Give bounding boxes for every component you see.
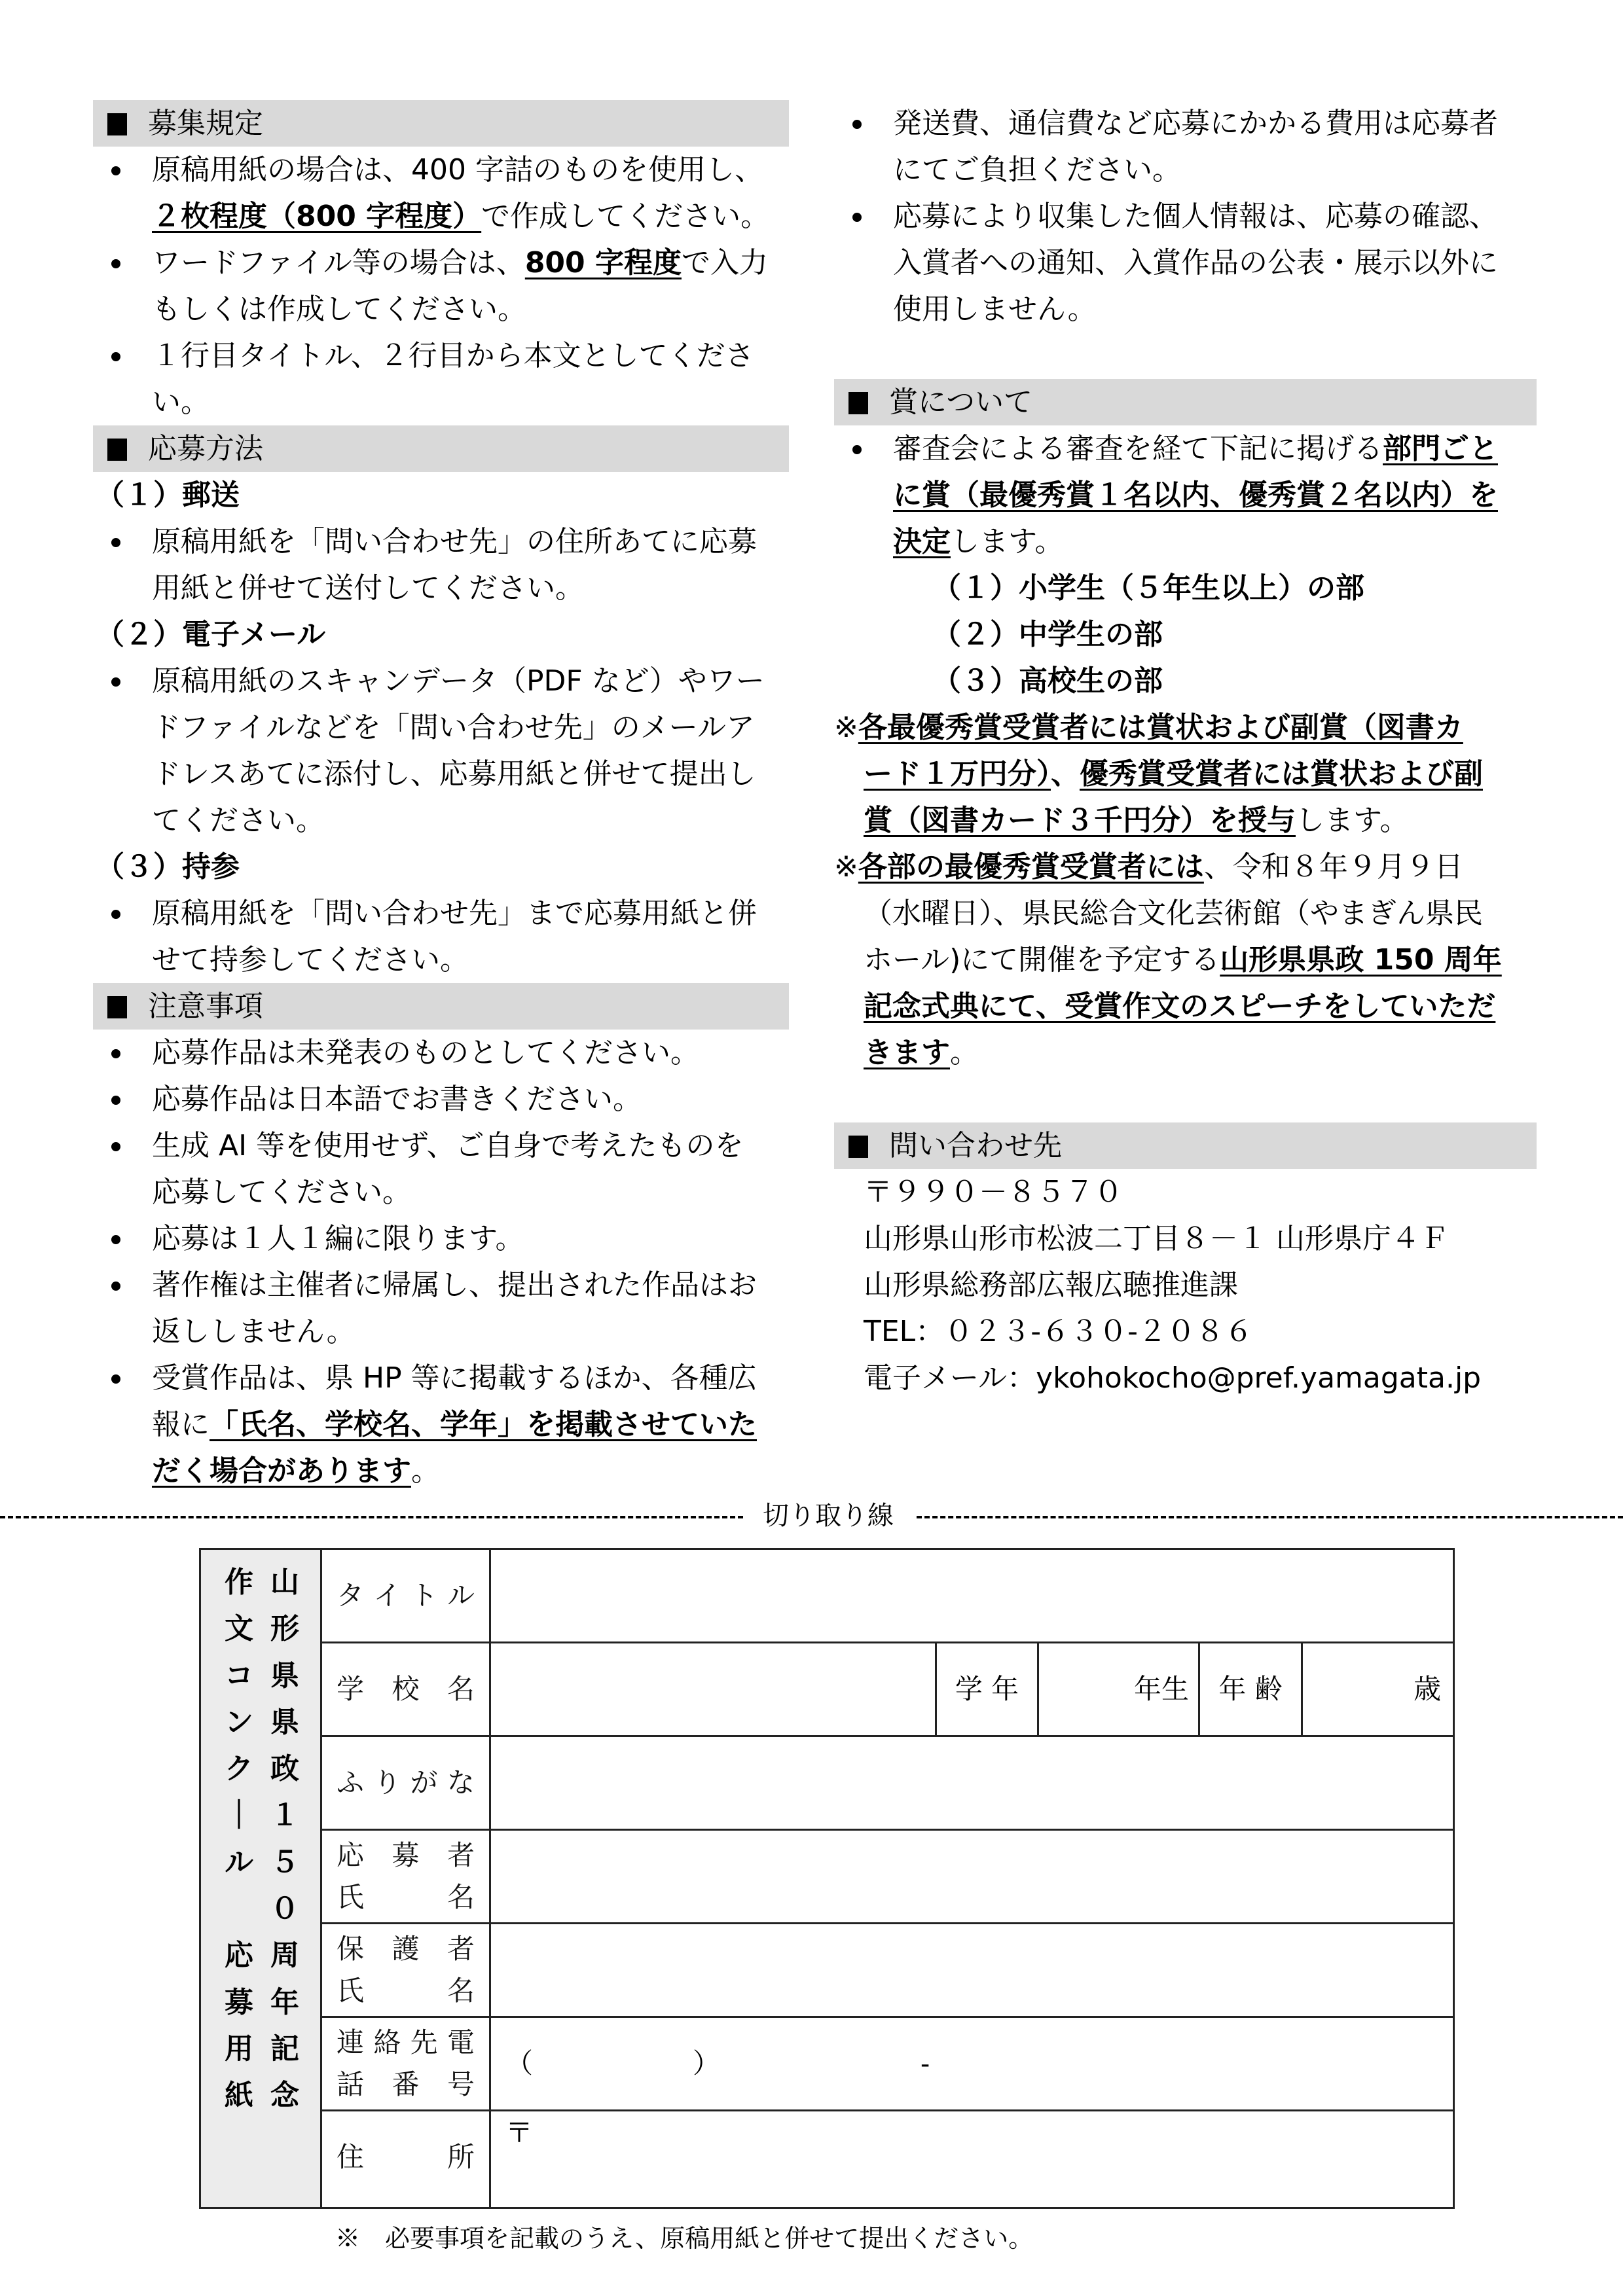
list-item: 著作権は主催者に帰属し、提出された作品はお — [93, 1262, 789, 1308]
guardian-name-field[interactable] — [491, 1924, 1453, 2016]
form-label-applicant: 応募者 氏名 — [322, 1831, 491, 1922]
award-note-2-cont: きます。 — [834, 1030, 1537, 1076]
form-row-phone: 連絡先電 話番号 （ ） - — [322, 2018, 1453, 2111]
form-row-title: タイトル — [322, 1550, 1453, 1643]
list-item-cont: てください。 — [93, 797, 789, 844]
award-note-1-cont: ード１万円分）、優秀賞受賞者には賞状および副 — [834, 751, 1537, 797]
list-item: 発送費、通信費など応募にかかる費用は応募者 — [834, 100, 1537, 147]
list-item: 審査会による審査を経て下記に掲げる部門ごと — [834, 425, 1537, 472]
list-item-cont: 返ししません。 — [93, 1308, 789, 1355]
contact-postal: 〒９９０－８５７０ — [834, 1169, 1537, 1215]
application-form: 作文コンク｜ル応募用紙 山形県県政１５０周年記念 タイトル 学校名 学 年 年生… — [199, 1548, 1455, 2209]
cut-line-dash-right — [917, 1516, 1623, 1518]
form-label-furigana: ふりがな — [322, 1737, 491, 1829]
form-label-title: タイトル — [322, 1550, 491, 1641]
square-bullet-icon — [848, 392, 868, 414]
list-item-cont: ドファイルなどを「問い合わせ先」のメールア — [93, 704, 789, 751]
division-elementary: （１）小学生（５年生以上）の部 — [834, 565, 1537, 611]
list-item-cont: い。 — [93, 379, 789, 425]
list-item: 応募作品は日本語でお書きください。 — [93, 1076, 789, 1122]
award-note-1: ※各最優秀賞受賞者には賞状および副賞（図書カ — [834, 704, 1537, 751]
address-field[interactable]: 〒 — [491, 2111, 1453, 2207]
form-label-address: 住所 — [322, 2111, 491, 2207]
award-note-2-cont: ホール)にて開催を予定する山形県県政 150 周年 — [834, 937, 1537, 983]
form-footnote: ※ 必要事項を記載のうえ、原稿用紙と併せて提出ください。 — [335, 2222, 1033, 2255]
square-bullet-icon — [107, 113, 127, 135]
phone-close-paren: ） — [693, 2018, 720, 2109]
award-note-2: ※各部の最優秀賞受賞者には、令和８年９月９日 — [834, 844, 1537, 890]
form-row-guardian: 保護者 氏名 — [322, 1924, 1453, 2018]
contact-tel: TEL：０２３-６３０-２０８６ — [834, 1308, 1537, 1355]
form-row-furigana: ふりがな — [322, 1737, 1453, 1831]
award-note-2-cont: （水曜日）、県民総合文化芸術館（やまぎん県民 — [834, 890, 1537, 937]
postal-mark-icon: 〒 — [505, 2117, 533, 2149]
contact-email[interactable]: 電子メール：ykohokocho@pref.yamagata.jp — [834, 1355, 1537, 1401]
section-heading-oubo-houhou: 応募方法 — [93, 425, 789, 472]
left-column: 募集規定 原稿用紙の場合は、400 字詰のものを使用し、 ２枚程度（800 字程… — [93, 100, 789, 1494]
list-item: 生成 AI 等を使用せず、ご自身で考えたものを — [93, 1122, 789, 1169]
section-heading-sho: 賞について — [834, 379, 1537, 425]
section-heading-chui-jikou: 注意事項 — [93, 983, 789, 1030]
form-label-guardian: 保護者 氏名 — [322, 1924, 491, 2016]
list-item: 応募により収集した個人情報は、応募の確認、 — [834, 193, 1537, 240]
list-item: 原稿用紙の場合は、400 字詰のものを使用し、 — [93, 147, 789, 193]
list-item-cont: 入賞者への通知、入賞作品の公表・展示以外に — [834, 240, 1537, 286]
list-item-cont: ドレスあてに添付し、応募用紙と併せて提出し — [93, 751, 789, 797]
form-row-applicant: 応募者 氏名 — [322, 1831, 1453, 1924]
list-item-cont: 用紙と併せて送付してください。 — [93, 565, 789, 611]
cut-line-label: 切り取り線 — [763, 1499, 894, 1533]
division-high-school: （３）高校生の部 — [834, 658, 1537, 704]
furigana-field[interactable] — [491, 1737, 1453, 1829]
form-title-col-a: 作文コンク｜ル応募用紙 — [219, 1559, 259, 2119]
list-item: ワードファイル等の場合は、800 字程度で入力 — [93, 240, 789, 286]
method-label-bring: （３）持参 — [93, 844, 789, 890]
form-title-vertical: 作文コンク｜ル応募用紙 山形県県政１５０周年記念 — [201, 1550, 322, 2207]
list-item: 原稿用紙を「問い合わせ先」まで応募用紙と併 — [93, 890, 789, 937]
contact-department: 山形県総務部広報広聴推進課 — [834, 1262, 1537, 1308]
list-item-cont: 報に「氏名、学校名、学年」を掲載させていた — [93, 1401, 789, 1448]
method-label-mail: （１）郵送 — [93, 472, 789, 518]
square-bullet-icon — [107, 439, 127, 461]
phone-open-paren: （ — [505, 2018, 533, 2109]
list-item-cont: に賞（最優秀賞１名以内、優秀賞２名以内）を — [834, 472, 1537, 518]
square-bullet-icon — [107, 996, 127, 1018]
phone-field[interactable]: （ ） - — [491, 2018, 1453, 2109]
right-column: 発送費、通信費など応募にかかる費用は応募者 にてご負担ください。 応募により収集… — [834, 100, 1537, 1401]
list-item-cont: せて持参してください。 — [93, 937, 789, 983]
form-title-col-b: 山形県県政１５０周年記念 — [265, 1559, 304, 2119]
form-label-school: 学校名 — [322, 1643, 491, 1735]
spacer — [834, 1076, 1537, 1122]
grade-label: 学 年 — [935, 1643, 1037, 1735]
square-bullet-icon — [848, 1136, 868, 1158]
list-item: １行目タイトル、２行目から本文としてくださ — [93, 332, 789, 379]
list-item: 原稿用紙のスキャンデータ（PDF など）やワー — [93, 658, 789, 704]
age-label: 年 齢 — [1198, 1643, 1301, 1735]
list-item-cont: だく場合があります。 — [93, 1448, 789, 1494]
phone-dash: - — [921, 2018, 930, 2109]
section-heading-contact: 問い合わせ先 — [834, 1122, 1537, 1169]
section-heading-boshu-kitei: 募集規定 — [93, 100, 789, 147]
list-item: 応募は１人１編に限ります。 — [93, 1215, 789, 1262]
award-note-2-cont: 記念式典にて、受賞作文のスピーチをしていただ — [834, 983, 1537, 1030]
list-item-cont: もしくは作成してください。 — [93, 286, 789, 332]
contact-address: 山形県山形市松波二丁目８－１ 山形県庁４Ｆ — [834, 1215, 1537, 1262]
form-row-address: 住所 〒 — [322, 2111, 1453, 2207]
list-item: 原稿用紙を「問い合わせ先」の住所あてに応募 — [93, 518, 789, 565]
spacer — [834, 332, 1537, 379]
method-label-email: （２）電子メール — [93, 611, 789, 658]
grade-field[interactable]: 年生 — [1037, 1643, 1198, 1735]
applicant-name-field[interactable] — [491, 1831, 1453, 1922]
title-field[interactable] — [491, 1550, 1453, 1641]
form-label-phone: 連絡先電 話番号 — [322, 2018, 491, 2109]
list-item-cont: 決定します。 — [834, 518, 1537, 565]
list-item: 応募作品は未発表のものとしてください。 — [93, 1030, 789, 1076]
division-junior-high: （２）中学生の部 — [834, 611, 1537, 658]
list-item-cont: 使用しません。 — [834, 286, 1537, 332]
award-note-1-cont: 賞（図書カード３千円分）を授与します。 — [834, 797, 1537, 844]
list-item: 受賞作品は、県 HP 等に掲載するほか、各種広 — [93, 1355, 789, 1401]
list-item-cont: にてご負担ください。 — [834, 147, 1537, 193]
form-row-school: 学校名 学 年 年生 年 齢 歳 — [322, 1643, 1453, 1737]
list-item-cont: 応募してください。 — [93, 1169, 789, 1215]
cut-line-dash-left — [0, 1516, 743, 1518]
school-name-field[interactable] — [491, 1643, 929, 1735]
list-item-cont: ２枚程度（800 字程度）で作成してください。 — [93, 193, 789, 240]
age-field[interactable]: 歳 — [1301, 1643, 1453, 1735]
